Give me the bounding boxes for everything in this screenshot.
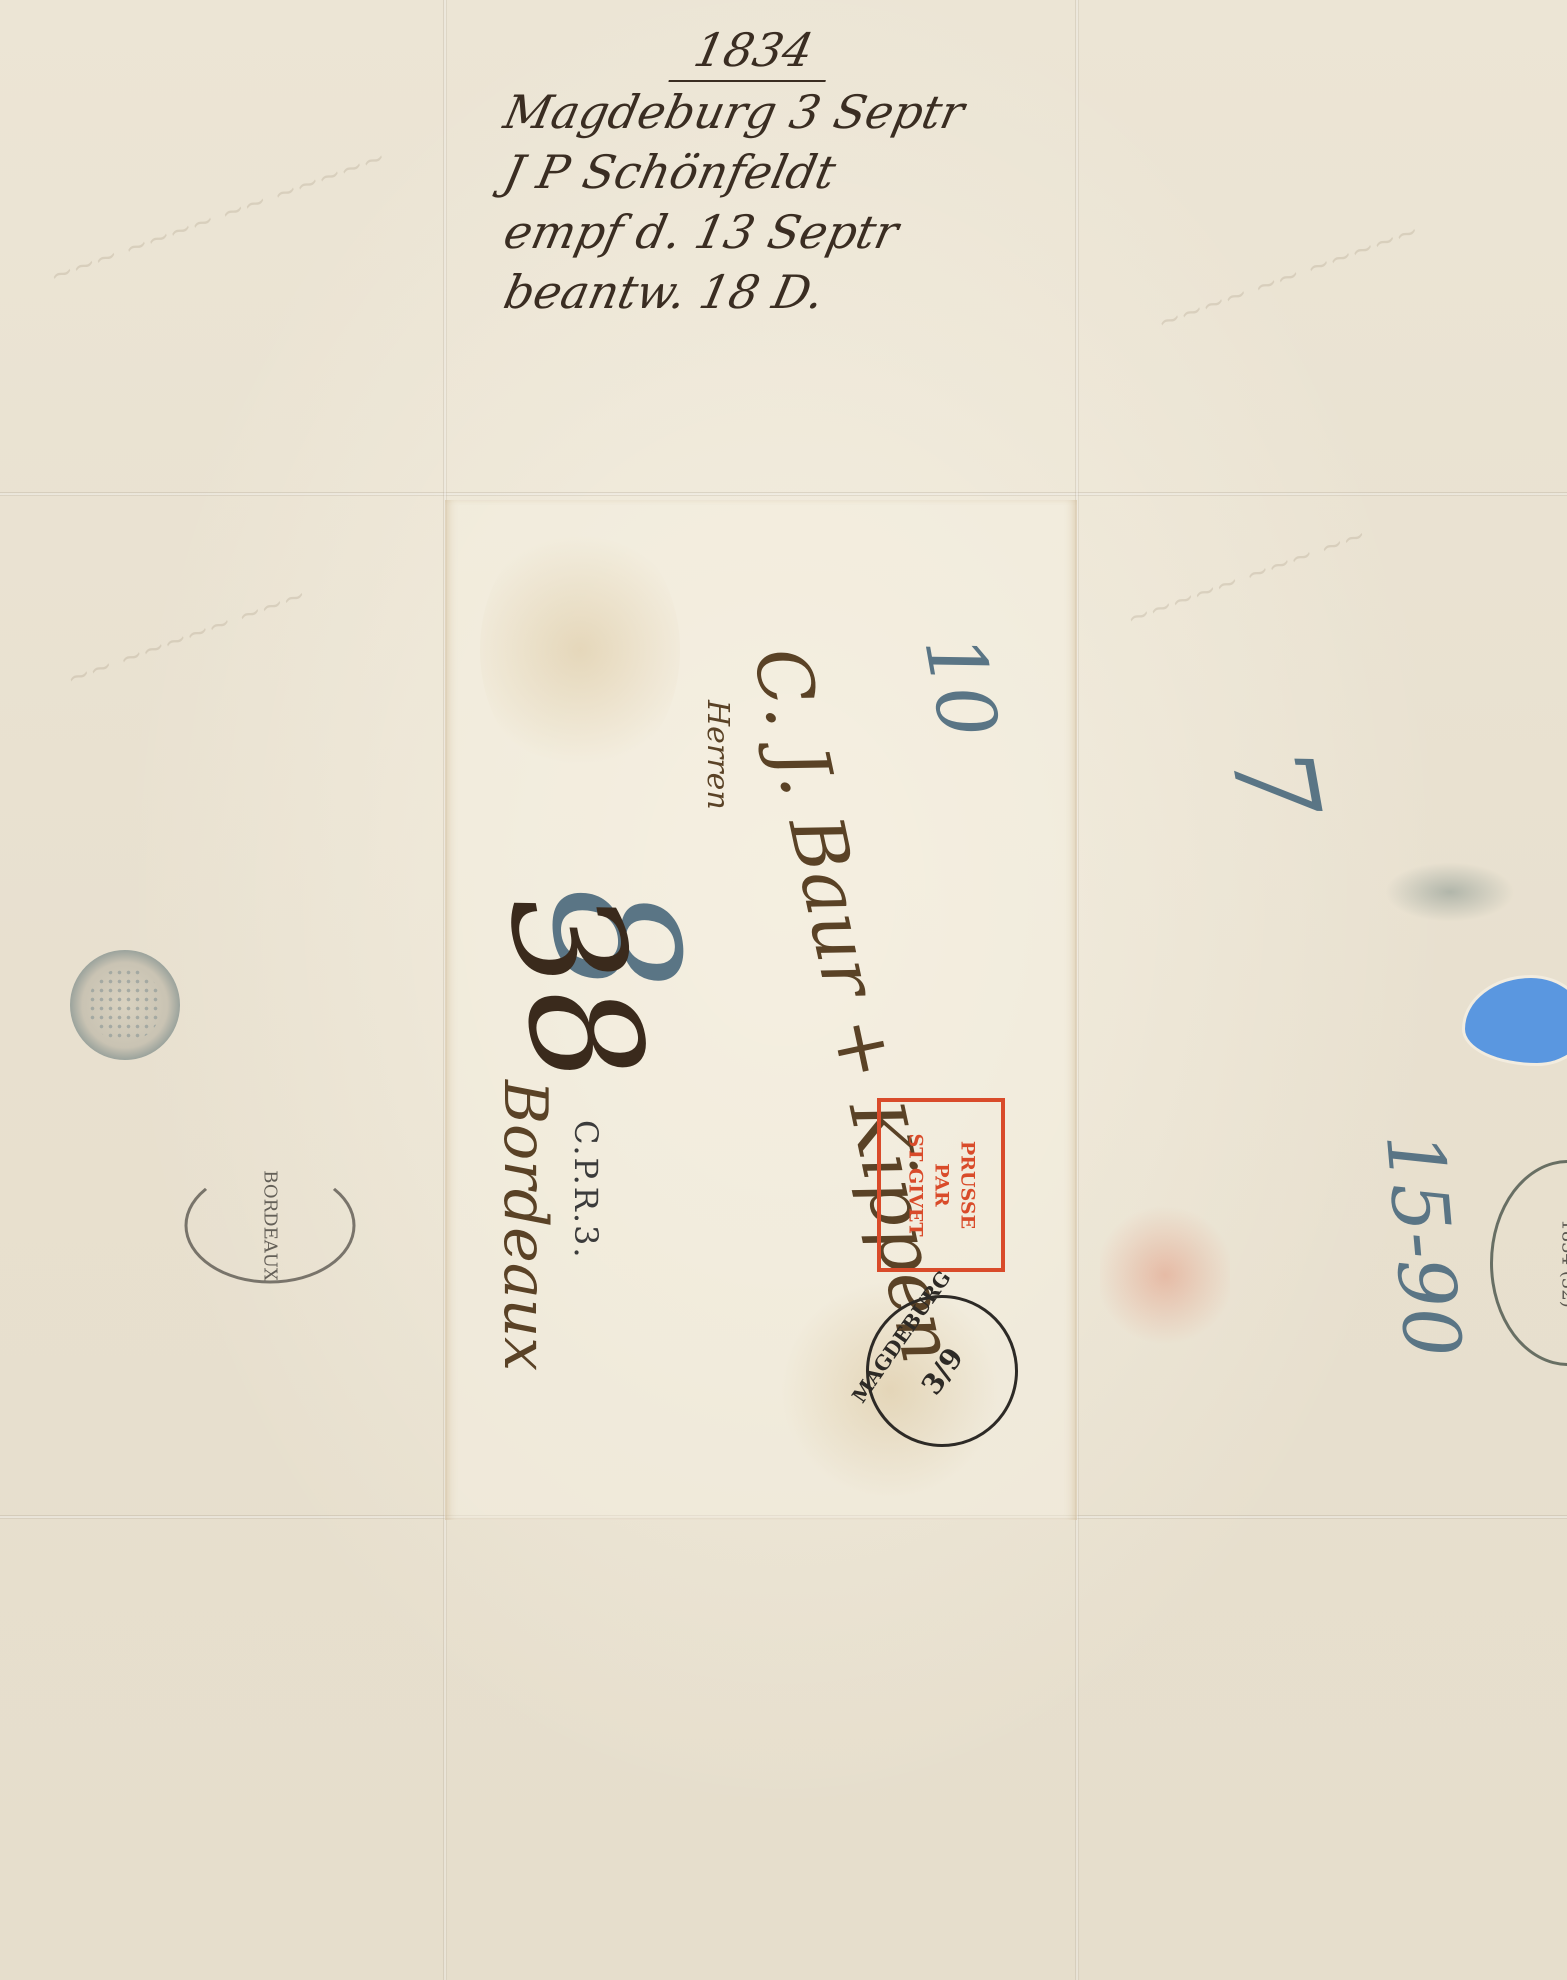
prusse-par-givet-handstamp: PRUSSE PAR ST GIVET [877,1098,1005,1272]
docket-notation: 1834 Magdeburg 3 Septr J P Schönfeldt em… [505,20,1065,322]
handstamp-text: PRUSSE [954,1134,980,1237]
handstamp-text: ST GIVET [902,1134,928,1237]
wafer-seal [70,950,180,1060]
cpr-handstamp: C.P.R.3. [567,1120,605,1260]
red-ink-smudge [1100,1200,1230,1350]
postmark-town: BORDEAUX [260,1170,281,1280]
seal-emboss-pattern [88,968,162,1042]
handstamp-text: PAR [928,1134,954,1237]
horizontal-fold [0,492,1567,496]
docket-line: J P Schönfeldt [499,142,1072,202]
rate-mark: 38 [473,878,678,1096]
ink-smudge [1385,862,1515,922]
docket-line: empf d. 13 Septr [499,202,1072,262]
bordeaux-postmark: BORDEAUX [185,1168,356,1284]
docket-line: beantw. 18 D. [499,262,1072,322]
rate-mark: 10 [906,628,1015,744]
foxing-stain [480,520,680,780]
docket-year: 1834 [668,20,838,82]
address-line: Bordeaux [490,1080,560,1371]
postmark-date: 1834 (32) [1557,1219,1567,1307]
address-salutation: Herren [700,700,735,810]
postmark-date: 3/9 [914,1341,969,1400]
docket-line: Magdeburg 3 Septr [499,82,1072,142]
